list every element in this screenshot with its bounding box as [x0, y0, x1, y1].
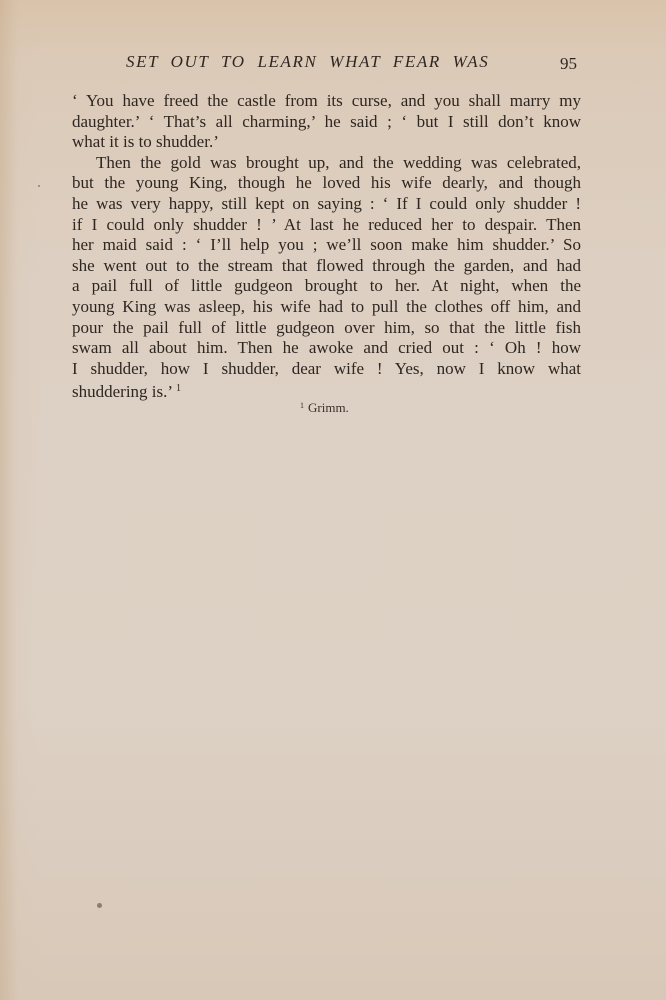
footnote-reference: 1	[176, 383, 181, 394]
text-line: he was very happy, still kept on saying …	[72, 194, 581, 215]
text-line-final: shuddering is.’1	[72, 379, 581, 400]
text-line: ‘ You have freed the castle from its cur…	[72, 91, 581, 112]
text-line: daughter.’ ‘ That’s all charming,’ he sa…	[72, 112, 581, 133]
paper-blemish	[97, 903, 102, 908]
paper-blemish	[38, 185, 40, 187]
text-line: Then the gold was brought up, and the we…	[72, 153, 581, 174]
body-text: ‘ You have freed the castle from its cur…	[72, 91, 581, 400]
text-line: she went out to the stream that flowed t…	[72, 256, 581, 277]
text-line: but the young King, though he loved his …	[72, 173, 581, 194]
running-title: SET OUT TO LEARN WHAT FEAR WAS	[126, 52, 526, 72]
footnote-text: Grimm.	[308, 400, 349, 415]
book-page: SET OUT TO LEARN WHAT FEAR WAS 95 ‘ You …	[0, 0, 666, 1000]
footnote: 1Grimm.	[300, 400, 349, 416]
text-line: her maid said : ‘ I’ll help you ; we’ll …	[72, 235, 581, 256]
text-line: swam all about him. Then he awoke and cr…	[72, 338, 581, 359]
page-number: 95	[560, 54, 577, 74]
text-line: if I could only shudder ! ’ At last he r…	[72, 215, 581, 236]
text-line: shuddering is.’	[72, 382, 173, 401]
text-line: a pail full of little gudgeon brought to…	[72, 276, 581, 297]
text-line: young King was asleep, his wife had to p…	[72, 297, 581, 318]
footnote-marker: 1	[300, 401, 304, 410]
text-line: what it is to shudder.’	[72, 132, 581, 153]
text-line: pour the pail full of little gudgeon ove…	[72, 318, 581, 339]
text-line: I shudder, how I shudder, dear wife ! Ye…	[72, 359, 581, 380]
